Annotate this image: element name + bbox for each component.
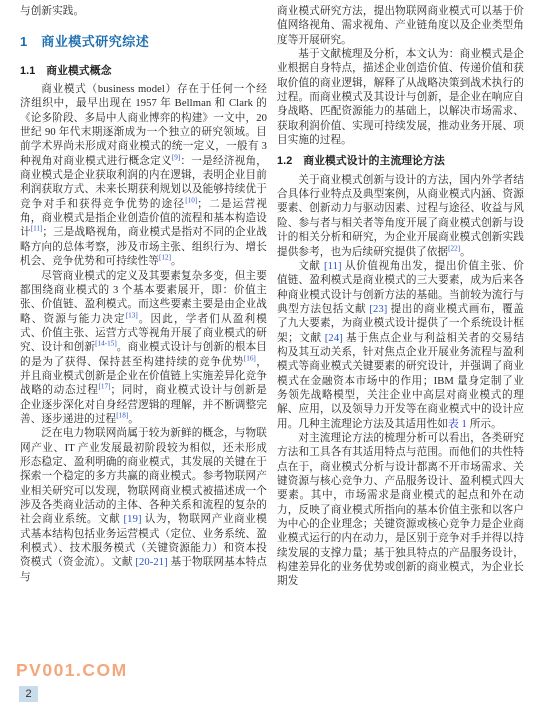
- watermark: PV001.COM: [16, 660, 128, 681]
- text-run: 。: [460, 247, 471, 258]
- text-run: 对主流理论方法的梳理分析可以看出，各类研究方法和工具各有其适用特点与范围。而他们…: [277, 433, 524, 587]
- text-run: ；三是战略视角，商业模式是指对不同的企业战略方向的总体考察，涉及市场主张、组织行…: [20, 227, 267, 267]
- citation-link[interactable]: [17]: [99, 383, 111, 391]
- right-column: 商业模式研究方法，提出物联网商业模式可以基于价值网络视角、需求视角、产业链角度以…: [277, 5, 524, 590]
- paragraph: 尽管商业模式的定义及其要素复杂多变，但主要都围绕商业模式的 3 个基本要素展开，…: [20, 270, 267, 428]
- citation-link[interactable]: [16]: [244, 354, 256, 362]
- subsection-heading: 1.1 商业模式概念: [20, 64, 267, 78]
- citation-link[interactable]: [10]: [185, 196, 197, 204]
- citation-link[interactable]: [11]: [31, 225, 43, 233]
- section-heading: 1 商业模式研究综述: [20, 35, 267, 49]
- left-column: 与创新实践。1 商业模式研究综述1.1 商业模式概念商业模式（business …: [20, 5, 267, 585]
- citation-link[interactable]: [14-15]: [95, 340, 117, 348]
- paragraph: 商业模式研究方法，提出物联网商业模式可以基于价值网络视角、需求视角、产业链角度以…: [277, 5, 524, 48]
- subsection-heading: 1.2 商业模式设计的主流理论方法: [277, 154, 524, 168]
- text-run: 。: [128, 414, 139, 425]
- text-run: 商业模式（business model）存在于任何一个经济组织中，最早出现在 1…: [20, 84, 267, 167]
- text-run: 关于商业模式创新与设计的方法，国内外学者结合具体行业特点及典型案例，从商业模式内…: [277, 175, 524, 258]
- citation-link[interactable]: [19]: [124, 514, 142, 525]
- table-reference-link[interactable]: 表 1: [448, 419, 467, 430]
- text-run: 基于焦点企业与利益相关者的交易结构及其互动关系，针对焦点企业开展业务流程与盈利模…: [277, 333, 524, 430]
- paragraph: 关于商业模式创新与设计的方法，国内外学者结合具体行业特点及典型案例，从商业模式内…: [277, 174, 524, 260]
- paragraph: 基于文献梳理及分析，本文认为：商业模式是企业根据自身特点，描述企业创造价值、传递…: [277, 48, 524, 148]
- text-run: 所示。: [467, 419, 502, 430]
- text-run: 商业模式研究方法，提出物联网商业模式可以基于价值网络视角、需求视角、产业链角度以…: [277, 6, 524, 46]
- paragraph: 对主流理论方法的梳理分析可以看出，各类研究方法和工具各有其适用特点与范围。而他们…: [277, 432, 524, 590]
- citation-link[interactable]: [20-21]: [135, 557, 167, 568]
- citation-link[interactable]: [22]: [448, 244, 460, 252]
- paragraph: 与创新实践。: [20, 5, 267, 19]
- citation-link[interactable]: [13]: [126, 311, 138, 319]
- text-run: 。: [171, 256, 182, 267]
- citation-link[interactable]: [11]: [324, 261, 342, 272]
- citation-link[interactable]: [24]: [325, 333, 343, 344]
- paragraph: 商业模式（business model）存在于任何一个经济组织中，最早出现在 1…: [20, 83, 267, 269]
- text-run: 基于文献梳理及分析，本文认为：商业模式是企业根据自身特点，描述企业创造价值、传递…: [277, 49, 524, 146]
- text-run: 与创新实践。: [20, 6, 84, 17]
- citation-link[interactable]: [23]: [369, 304, 387, 315]
- citation-link[interactable]: [9]: [172, 153, 180, 161]
- paragraph: 文献 [11] 从价值视角出发，提出价值主张、价值链、盈利模式是商业模式的三大要…: [277, 260, 524, 432]
- document-page: 与创新实践。1 商业模式研究综述1.1 商业模式概念商业模式（business …: [0, 0, 543, 706]
- citation-link[interactable]: [12]: [159, 254, 171, 262]
- text-run: 文献: [298, 261, 324, 272]
- citation-link[interactable]: [18]: [116, 411, 128, 419]
- page-number: 2: [19, 686, 38, 702]
- paragraph: 泛在电力物联网尚属于较为新鲜的概念，与物联网产业、IT 产业发展最初阶段较为相似…: [20, 427, 267, 585]
- text-run: 泛在电力物联网尚属于较为新鲜的概念，与物联网产业、IT 产业发展最初阶段较为相似…: [20, 428, 267, 525]
